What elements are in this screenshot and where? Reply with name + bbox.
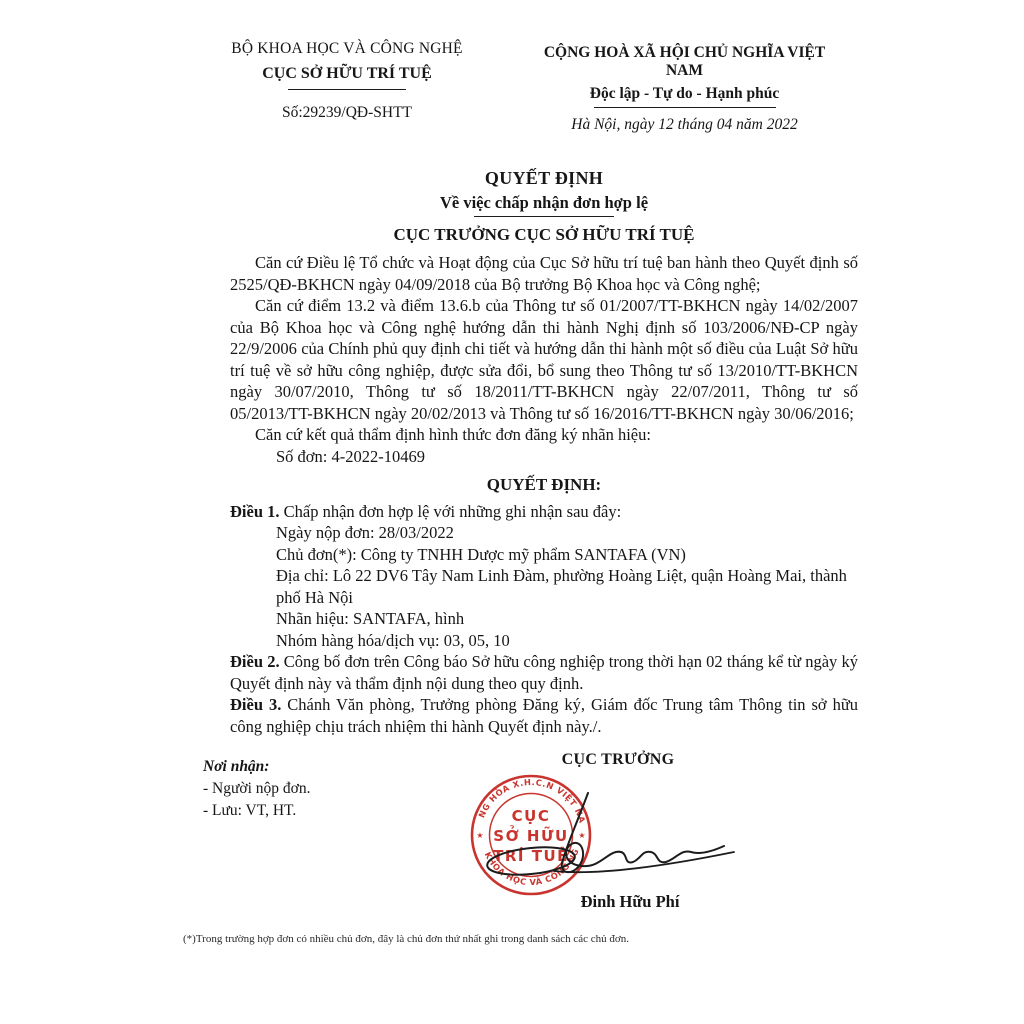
article-2-text: Công bố đơn trên Công báo Sở hữu công ng… — [230, 652, 858, 693]
preamble-paragraph: Căn cứ điểm 13.2 và điểm 13.6.b của Thôn… — [230, 295, 858, 424]
article-1: Điều 1. Chấp nhận đơn hợp lệ với những g… — [230, 501, 858, 523]
detail-applicant: Chủ đơn(*): Công ty TNHH Dược mỹ phẩm SA… — [276, 544, 858, 566]
detail-address: Địa chỉ: Lô 22 DV6 Tây Nam Linh Đàm, phư… — [276, 565, 858, 608]
national-motto: Độc lập - Tự do - Hạnh phúc — [532, 85, 837, 103]
office-name: CỤC SỞ HỮU TRÍ TUỆ — [227, 65, 467, 83]
article-1-label: Điều 1. — [230, 502, 280, 521]
national-header-block: CỘNG HOÀ XÃ HỘI CHỦ NGHĨA VIỆT NAM Độc l… — [532, 44, 837, 134]
application-number: Số đơn: 4-2022-10469 — [276, 446, 858, 468]
article-3-text: Chánh Văn phòng, Trưởng phòng Đăng ký, G… — [230, 695, 858, 736]
recipients-heading: Nơi nhận: — [203, 756, 310, 778]
recipient-item: - Người nộp đơn. — [203, 778, 310, 800]
recipients-block: Nơi nhận: - Người nộp đơn. - Lưu: VT, HT… — [203, 756, 310, 822]
issuing-office-block: BỘ KHOA HỌC VÀ CÔNG NGHỆ CỤC SỞ HỮU TRÍ … — [227, 40, 467, 122]
decision-heading: QUYẾT ĐỊNH: — [230, 474, 858, 496]
article-1-text: Chấp nhận đơn hợp lệ với những ghi nhận … — [284, 502, 622, 521]
country-name: CỘNG HOÀ XÃ HỘI CHỦ NGHĨA VIỆT NAM — [532, 44, 837, 80]
document-subtitle: Về việc chấp nhận đơn hợp lệ — [230, 193, 858, 213]
detail-trademark: Nhãn hiệu: SANTAFA, hình — [276, 608, 858, 630]
subtitle-underline — [474, 216, 614, 217]
office-underline — [288, 89, 406, 90]
detail-classes: Nhóm hàng hóa/dịch vụ: 03, 05, 10 — [276, 630, 858, 652]
place-and-date: Hà Nội, ngày 12 tháng 04 năm 2022 — [532, 116, 837, 134]
document-body: Căn cứ Điều lệ Tổ chức và Hoạt động của … — [230, 252, 858, 737]
detail-filing-date: Ngày nộp đơn: 28/03/2022 — [276, 522, 858, 544]
title-block: QUYẾT ĐỊNH Về việc chấp nhận đơn hợp lệ … — [230, 168, 858, 245]
signer-name: Đinh Hữu Phí — [540, 892, 720, 912]
article-2: Điều 2. Công bố đơn trên Công báo Sở hữu… — [230, 651, 858, 694]
footnote: (*)Trong trường hợp đơn có nhiều chủ đơn… — [183, 933, 863, 945]
document-number: Số:29239/QĐ-SHTT — [227, 104, 467, 122]
article-3-label: Điều 3. — [230, 695, 281, 714]
preamble-paragraph: Căn cứ kết quả thẩm định hình thức đơn đ… — [230, 424, 858, 446]
motto-underline — [594, 107, 776, 108]
issuing-authority: CỤC TRƯỞNG CỤC SỞ HỮU TRÍ TUỆ — [230, 225, 858, 245]
handwritten-signature — [470, 775, 750, 885]
signature-graphic — [470, 775, 750, 885]
ministry-name: BỘ KHOA HỌC VÀ CÔNG NGHỆ — [227, 40, 467, 58]
recipient-item: - Lưu: VT, HT. — [203, 800, 310, 822]
preamble-paragraph: Căn cứ Điều lệ Tổ chức và Hoạt động của … — [230, 252, 858, 295]
article-2-label: Điều 2. — [230, 652, 280, 671]
signature-flourish — [562, 793, 724, 872]
document-title: QUYẾT ĐỊNH — [230, 168, 858, 189]
decision-document-page: BỘ KHOA HỌC VÀ CÔNG NGHỆ CỤC SỞ HỮU TRÍ … — [0, 0, 1024, 1024]
article-3: Điều 3. Chánh Văn phòng, Trưởng phòng Đă… — [230, 694, 858, 737]
